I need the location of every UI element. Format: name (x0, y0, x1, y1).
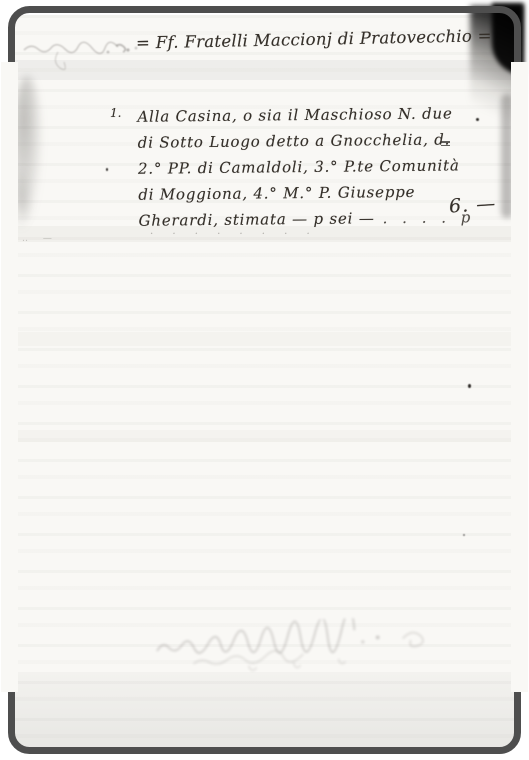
scan-band (14, 672, 515, 748)
bleedthrough-writing (152, 615, 454, 681)
ink-speck (476, 118, 479, 121)
right-edge-streak (501, 94, 513, 218)
faint-dot-row: . . . . . . . . (150, 226, 318, 237)
ink-smudge (10, 165, 32, 231)
ghost-scribble (20, 30, 145, 76)
entry-line: di Moggiona, 4.° M.° P. Giuseppe (138, 178, 473, 208)
entry-number: 1. (110, 106, 121, 120)
amount-value: 6. — (448, 192, 497, 217)
ink-speck (106, 168, 108, 171)
scanned-manuscript-page: = Ff. Fratelli Maccionj di Pratovecchio … (0, 0, 529, 760)
entry-line: di Sotto Luogo detto a Gnocchelia, d. (138, 126, 473, 156)
scan-band (14, 430, 515, 442)
ink-speck (463, 534, 465, 536)
ink-speck (468, 384, 471, 388)
entry-line: Alla Casina, o sia il Maschioso N. due (137, 100, 472, 130)
entry-line: 2.° PP. di Camaldoli, 3.° P.te Comunità (138, 152, 473, 182)
faint-margin-marks: ‥ — (22, 234, 58, 244)
entry-paragraph: Alla Casina, o sia il Maschioso N. due d… (137, 100, 473, 234)
scan-band (14, 332, 515, 346)
